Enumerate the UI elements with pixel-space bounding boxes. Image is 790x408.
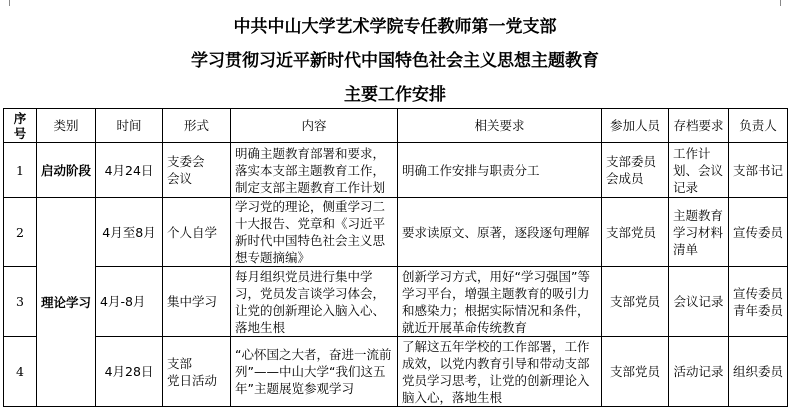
cell-time: 4月至8月 — [96, 198, 163, 267]
table-row: 3 4月-8月 集中学习 每月组织党员进行集中学习，党员发言谈学习体会，让党的创… — [4, 267, 788, 337]
cell-form-line: 支部 — [167, 355, 226, 372]
cell-archive: 会议记录 — [669, 267, 729, 337]
cell-owner-line: 宣传委员 — [733, 285, 783, 302]
cell-owner: 宣传委员 青年委员 — [729, 267, 788, 337]
cell-owner: 宣传委员 — [729, 198, 788, 267]
table-row: 1 启动阶段 4月24日 支委会 会议 明确主题教育部署和要求，落实本支部主题教… — [4, 143, 788, 198]
cell-form: 个人自学 — [163, 198, 231, 267]
cell-requirements: 创新学习方式，用好“学习强国”等学习平台，增强主题教育的吸引力和感染力；根据实际… — [398, 267, 602, 337]
cell-participants: 支部党员 — [602, 337, 669, 407]
cell-archive: 工作计划、会议记录 — [669, 143, 729, 198]
cell-time: 4月24日 — [96, 143, 163, 198]
cell-content: 学习党的理论，侧重学习二十大报告、党章和《习近平新时代中国特色社会主义思想专题摘… — [231, 198, 398, 267]
work-plan-table: 序 号 类别 时间 形式 内容 相关要求 参加人员 存档要求 负责人 1 启动阶… — [3, 108, 788, 407]
cell-seq: 3 — [4, 267, 37, 337]
header-form: 形式 — [163, 109, 231, 143]
page-corner-mark — [780, 0, 787, 6]
cell-time: 4月28日 — [96, 337, 163, 407]
document-title-branch: 中共中山大学艺术学院专任教师第一党支部 — [0, 12, 790, 37]
cell-participants: 支部党员 — [602, 198, 669, 267]
header-owner: 负责人 — [729, 109, 788, 143]
header-content: 内容 — [231, 109, 398, 143]
table-row: 4 4月28日 支部 党日活动 “心怀国之大者，奋进一流前列”——中山大学“我们… — [4, 337, 788, 407]
cell-archive: 主题教育学习材料清单 — [669, 198, 729, 267]
cell-requirements: 明确工作安排与职责分工 — [398, 143, 602, 198]
page-corner-mark — [3, 0, 10, 6]
header-requirements: 相关要求 — [398, 109, 602, 143]
header-seq: 序 号 — [4, 109, 37, 143]
cell-seq: 4 — [4, 337, 37, 407]
cell-form-line: 党日活动 — [167, 372, 226, 389]
cell-owner-line: 青年委员 — [733, 302, 783, 319]
cell-content: 每月组织党员进行集中学习，党员发言谈学习体会，让党的创新理论入脑入心、落地生根 — [231, 267, 398, 337]
cell-seq: 1 — [4, 143, 37, 198]
cell-time: 4月-8月 — [96, 267, 163, 337]
document-title-theme: 学习贯彻习近平新时代中国特色社会主义思想主题教育 — [0, 46, 790, 71]
cell-form: 支部 党日活动 — [163, 337, 231, 407]
document-title-subject: 主要工作安排 — [0, 80, 790, 105]
cell-participants: 支部委员会成员 — [602, 143, 669, 198]
header-participants: 参加人员 — [602, 109, 669, 143]
cell-form-line: 会议 — [167, 170, 226, 187]
header-time: 时间 — [96, 109, 163, 143]
cell-archive: 活动记录 — [669, 337, 729, 407]
cell-content: “心怀国之大者，奋进一流前列”——中山大学“我们这五年”主题展览参观学习 — [231, 337, 398, 407]
cell-category: 启动阶段 — [37, 143, 96, 198]
header-category: 类别 — [37, 109, 96, 143]
cell-form: 支委会 会议 — [163, 143, 231, 198]
cell-category: 理论学习 — [37, 198, 96, 407]
cell-form-line: 集中学习 — [167, 293, 226, 310]
cell-requirements: 了解这五年学校的工作部署，工作成效，以党内教育引导和带动支部党员学习思考，让党的… — [398, 337, 602, 407]
cell-form-line: 个人自学 — [167, 224, 226, 241]
cell-form: 集中学习 — [163, 267, 231, 337]
table-row: 2 理论学习 4月至8月 个人自学 学习党的理论，侧重学习二十大报告、党章和《习… — [4, 198, 788, 267]
cell-content: 明确主题教育部署和要求，落实本支部主题教育工作，制定支部主题教育工作计划 — [231, 143, 398, 198]
table-header-row: 序 号 类别 时间 形式 内容 相关要求 参加人员 存档要求 负责人 — [4, 109, 788, 143]
cell-owner: 组织委员 — [729, 337, 788, 407]
header-archive: 存档要求 — [669, 109, 729, 143]
cell-participants: 支部党员 — [602, 267, 669, 337]
cell-requirements: 要求读原文、原著，逐段逐句理解 — [398, 198, 602, 267]
cell-owner: 支部书记 — [729, 143, 788, 198]
header-seq-line1: 序 — [8, 111, 32, 126]
cell-seq: 2 — [4, 198, 37, 267]
cell-form-line: 支委会 — [167, 153, 226, 170]
header-seq-line2: 号 — [8, 126, 32, 141]
